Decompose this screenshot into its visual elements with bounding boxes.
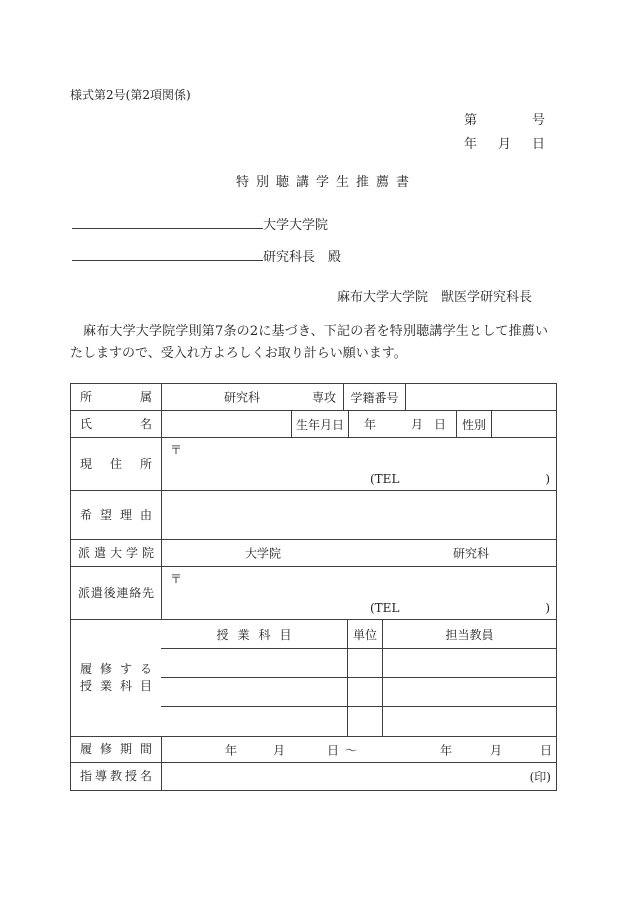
addressee-university-blank xyxy=(72,228,263,229)
addressee-dean-suffix: 研究科長 xyxy=(263,250,315,265)
form-number: 様式第2号(第2項関係) xyxy=(70,86,191,103)
tel-close-paren: ) xyxy=(545,601,550,615)
birth-year-label: 年 xyxy=(364,416,376,433)
dispatch-label: 派遣大学院 xyxy=(71,545,161,562)
affiliation-row: 所属 研究科 専攻 学籍番号 xyxy=(71,384,556,410)
affiliation-value-cell: 研究科 専攻 xyxy=(161,384,343,410)
doc-number-suffix: 号 xyxy=(532,109,545,128)
course-entry-row xyxy=(161,648,556,677)
addressee-university-suffix: 大学大学院 xyxy=(263,218,328,233)
dispatch-grad-suffix: 大学院 xyxy=(245,545,281,562)
contact-label: 派遣後連絡先 xyxy=(71,585,161,602)
address-label-cell: 現住所 xyxy=(71,438,161,490)
birthdate-value-cell: 年 月 日 xyxy=(348,411,456,437)
student-no-value-cell xyxy=(405,384,556,410)
advisor-label-cell: 指導教授名 xyxy=(71,763,161,790)
address-value-cell: 〒 (TEL ) xyxy=(161,438,556,490)
birthdate-label-cell: 生年月日 xyxy=(291,411,348,437)
course-unit-cell xyxy=(347,678,382,706)
page-title: 特別聴講学生推薦書 xyxy=(236,171,416,190)
contact-value-cell: 〒 (TEL ) xyxy=(161,567,556,619)
course-name-cell xyxy=(161,678,347,706)
doc-number-line: 第 号 xyxy=(464,109,545,128)
period-label-cell: 履修期間 xyxy=(71,737,161,762)
seal-mark: (印) xyxy=(530,768,551,785)
course-entry-row xyxy=(161,677,556,706)
address-label: 現住所 xyxy=(71,456,161,473)
dispatch-value-cell: 大学院 研究科 xyxy=(161,540,556,566)
affiliation-label: 所属 xyxy=(71,389,161,406)
reason-value-cell xyxy=(161,491,556,539)
dispatch-dept-suffix: 研究科 xyxy=(453,545,489,562)
course-name-header: 授業科目 xyxy=(207,626,300,643)
period-to-year: 年 xyxy=(440,741,452,758)
body-paragraph: 麻布大学大学院学則第7条の2に基づき、下記の者を特別聴講学生として推薦いたします… xyxy=(70,321,548,365)
birth-month-label: 月 xyxy=(411,416,423,433)
dispatch-row: 派遣大学院 大学院 研究科 xyxy=(71,539,556,566)
postal-mark: 〒 xyxy=(170,441,182,458)
addressee-honorific: 殿 xyxy=(328,250,341,265)
address-row: 現住所 〒 (TEL ) xyxy=(71,437,556,490)
period-from-year: 年 xyxy=(225,741,237,758)
gender-value-cell xyxy=(491,411,556,437)
affiliation-label-cell: 所属 xyxy=(71,384,161,410)
course-name-header-cell: 授業科目 xyxy=(161,620,347,648)
courses-section: 履修する 授業科目 授業科目 単位 担当教員 xyxy=(71,619,556,736)
dispatch-label-cell: 派遣大学院 xyxy=(71,540,161,566)
student-no-label-cell: 学籍番号 xyxy=(343,384,405,410)
course-entry-row xyxy=(161,706,556,736)
period-from-month: 月 xyxy=(273,741,285,758)
addressee-dean-line: 研究科長殿 xyxy=(72,246,341,265)
addressee-dean-blank xyxy=(72,260,263,261)
addressee-university-line: 大学大学院 xyxy=(72,214,328,233)
affiliation-major-suffix: 専攻 xyxy=(312,389,336,406)
period-label: 履修期間 xyxy=(71,741,161,758)
date-year-label: 年 xyxy=(464,133,477,152)
period-from-day: 日 xyxy=(327,741,339,758)
birth-day-label: 日 xyxy=(434,416,446,433)
date-day-label: 日 xyxy=(532,133,545,152)
courses-grid: 授業科目 単位 担当教員 xyxy=(161,620,556,736)
sender-line: 麻布大学大学院 獣医学研究科長 xyxy=(337,286,532,305)
course-instructor-cell xyxy=(382,678,556,706)
issue-date-line: 年 月 日 xyxy=(464,133,545,152)
period-row: 履修期間 年 月 日 〜 年 月 日 xyxy=(71,736,556,762)
document-page: 様式第2号(第2項関係) 第 号 年 月 日 特別聴講学生推薦書 大学大学院 研… xyxy=(0,0,630,915)
course-instructor-cell xyxy=(382,649,556,677)
tel-close-paren: ) xyxy=(545,472,550,486)
course-instructor-header-cell: 担当教員 xyxy=(382,620,556,648)
period-to-month: 月 xyxy=(490,741,502,758)
courses-header-row: 授業科目 単位 担当教員 xyxy=(161,620,556,648)
course-instructor-cell xyxy=(382,707,556,736)
recommendation-table: 所属 研究科 専攻 学籍番号 氏名 生年月日 年 月 日 xyxy=(70,383,557,791)
courses-label-line1: 履修する xyxy=(71,661,161,678)
birthdate-label: 生年月日 xyxy=(296,416,344,433)
tel-open-label: (TEL xyxy=(370,601,399,615)
affiliation-dept-suffix: 研究科 xyxy=(224,389,260,406)
reason-row: 希望理由 xyxy=(71,490,556,539)
postal-mark: 〒 xyxy=(170,570,182,587)
reason-label-cell: 希望理由 xyxy=(71,491,161,539)
name-value-cell xyxy=(161,411,291,437)
student-no-label: 学籍番号 xyxy=(350,389,398,406)
course-name-cell xyxy=(161,707,347,736)
course-instructor-header: 担当教員 xyxy=(445,626,493,643)
name-row: 氏名 生年月日 年 月 日 性別 xyxy=(71,410,556,437)
reason-label: 希望理由 xyxy=(71,507,161,524)
name-label-cell: 氏名 xyxy=(71,411,161,437)
courses-label-line2: 授業科目 xyxy=(71,678,161,695)
contact-row: 派遣後連絡先 〒 (TEL ) xyxy=(71,566,556,619)
gender-label-cell: 性別 xyxy=(456,411,491,437)
date-month-label: 月 xyxy=(498,133,511,152)
period-value-cell: 年 月 日 〜 年 月 日 xyxy=(161,737,556,762)
period-to-day: 日 xyxy=(540,741,552,758)
course-unit-header-cell: 単位 xyxy=(347,620,382,648)
course-unit-cell xyxy=(347,649,382,677)
tel-open-label: (TEL xyxy=(370,472,399,486)
doc-number-prefix: 第 xyxy=(464,109,477,128)
course-unit-cell xyxy=(347,707,382,736)
period-tilde: 〜 xyxy=(345,741,357,758)
contact-label-cell: 派遣後連絡先 xyxy=(71,567,161,619)
course-name-cell xyxy=(161,649,347,677)
gender-label: 性別 xyxy=(462,416,486,433)
courses-label-cell: 履修する 授業科目 xyxy=(71,620,161,736)
course-unit-header: 単位 xyxy=(353,626,377,643)
name-label: 氏名 xyxy=(71,416,161,433)
advisor-value-cell: (印) xyxy=(161,763,556,790)
advisor-label: 指導教授名 xyxy=(71,768,161,785)
advisor-row: 指導教授名 (印) xyxy=(71,762,556,790)
